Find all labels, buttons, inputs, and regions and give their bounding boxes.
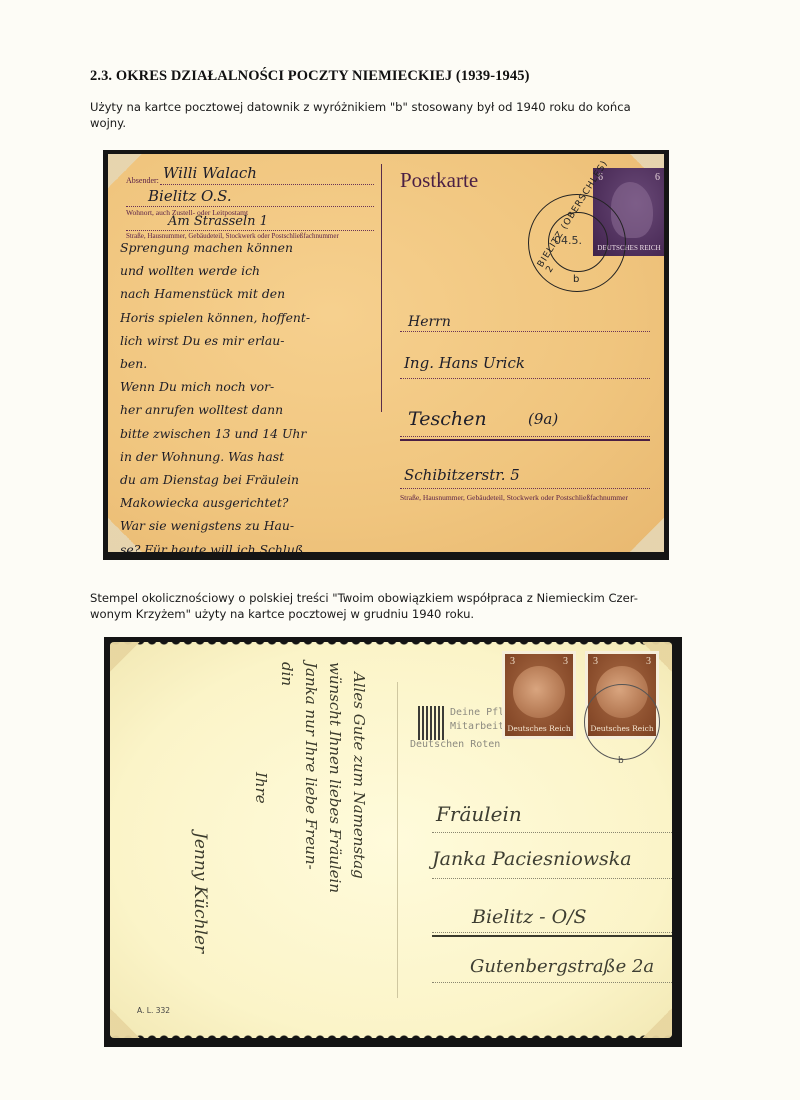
dotted-line [400,378,650,379]
letter-line: Horis spielen können, hoffent- [120,306,378,329]
stamp-value: 3 [510,656,515,667]
postcard-title: Postkarte [400,168,478,193]
city-underline [400,439,650,441]
letter-line: nach Hamenstück mit den [120,282,378,305]
dotted-line [400,331,650,332]
red-cross-emblem-icon [418,706,444,740]
recipient-name: Ing. Hans Urick [404,354,525,372]
sender-city: Bielitz O.S. [148,187,232,205]
dotted-line [432,982,672,983]
caption-card-1-line-1: Użyty na kartce pocztowej datownik z wyr… [90,99,690,115]
stamp-value: 3 [646,656,651,667]
caption-card-1: Użyty na kartce pocztowej datownik z wyr… [90,99,690,131]
letter-line: Makowiecka ausgerichtet? [120,491,378,514]
postmark-distinguisher: b [618,756,624,766]
postmark-distinguisher: b [573,274,579,285]
recipient-street: Schibitzerstr. 5 [404,466,520,484]
handwritten-letter: Sprengung machen können und wollten werd… [120,236,378,552]
letter-line: War sie wenigstens zu Hau- [120,514,378,537]
message-column: Ihre [252,772,270,804]
dotted-line [160,184,374,185]
printer-mark: A. L. 332 [137,1006,170,1015]
postmark-date: 04.5. [554,234,582,247]
caption-card-2-line-2: wonym Krzyżem" użyty na kartce pocztowej… [90,606,690,622]
photo-corner-icon [110,642,140,672]
deckle-edge [110,1033,672,1038]
recipient-city: Bielitz - O/S [472,906,587,928]
postcard-2-mount: Alles Gute zum Namenstag wünscht Ihnen l… [104,637,682,1047]
dotted-line [432,878,672,879]
letter-line: Sprengung machen können [120,236,378,259]
postmark-ring [584,684,660,760]
letter-line: und wollten werde ich [120,259,378,282]
dotted-line [432,932,672,933]
stamp-value: 6 [655,172,660,183]
caption-card-2-line-1: Stempel okolicznościowy o polskiej treśc… [90,590,690,606]
message-column: Janka nur Ihre liebe Freun- [302,662,320,870]
dotted-line [126,206,374,207]
recipient-name: Janka Paciesniowska [432,848,632,870]
letter-line: her anrufen wolltest dann [120,398,378,421]
letter-line: bitte zwischen 13 und 14 Uhr [120,422,378,445]
letter-line: lich wirst Du es mir erlau- [120,329,378,352]
dotted-line [126,230,374,231]
message-column: din [278,662,296,686]
message-column-signature: Jenny Küchler [190,832,210,953]
message-column: wünscht Ihnen liebes Fräulein [326,662,344,893]
stamp-value: 3 [563,656,568,667]
message-column: Alles Gute zum Namenstag [350,672,368,879]
sender-street: Am Strasseln 1 [168,214,268,229]
card-divider [397,682,398,998]
stamp-value: 3 [593,656,598,667]
card-divider [381,164,382,412]
recipient-street: Gutenbergstraße 2a [470,956,654,977]
portrait-icon [513,666,565,718]
postcard-1-mount: Absender: Willi Walach Bielitz O.S. Wohn… [103,150,669,560]
section-heading: 2.3. OKRES DZIAŁALNOŚCI POCZTY NIEMIECKI… [90,68,530,85]
photo-corner-icon [110,1008,140,1038]
sender-label: Absender: [126,176,159,185]
letter-line: ben. [120,352,378,375]
recipient-street-label: Straße, Hausnummer, Gebäudeteil, Stockwe… [400,493,628,502]
photo-corner-icon [630,518,664,552]
postage-stamp: 3 3 Deutsches Reich [502,651,576,739]
stamp-caption: Deutsches Reich [505,724,573,733]
recipient-city: Teschen [408,408,487,430]
city-underline [432,935,672,937]
slogan-line: Mitarbeit [450,720,504,734]
caption-card-2: Stempel okolicznościowy o polskiej treśc… [90,590,690,622]
recipient-salutation: Fräulein [436,802,522,826]
photo-corner-icon [642,1008,672,1038]
recipient-postal-district: (9a) [528,410,558,428]
postcard-1: Absender: Willi Walach Bielitz O.S. Wohn… [108,154,664,552]
letter-line: Wenn Du mich noch vor- [120,375,378,398]
sender-name: Willi Walach [163,164,257,182]
postcard-2: Alles Gute zum Namenstag wünscht Ihnen l… [110,642,672,1038]
dotted-line [400,488,650,489]
dotted-line [432,832,672,833]
slogan-line: Deutschen Roten [410,738,500,752]
recipient-salutation: Herrn [408,314,451,330]
letter-line: in der Wohnung. Was hast [120,445,378,468]
letter-line: se? Für heute will ich Schluß [120,538,378,552]
caption-card-1-line-2: wojny. [90,115,690,131]
deckle-edge [110,642,672,647]
dotted-line [400,436,650,437]
letter-line: du am Dienstag bei Fräulein [120,468,378,491]
